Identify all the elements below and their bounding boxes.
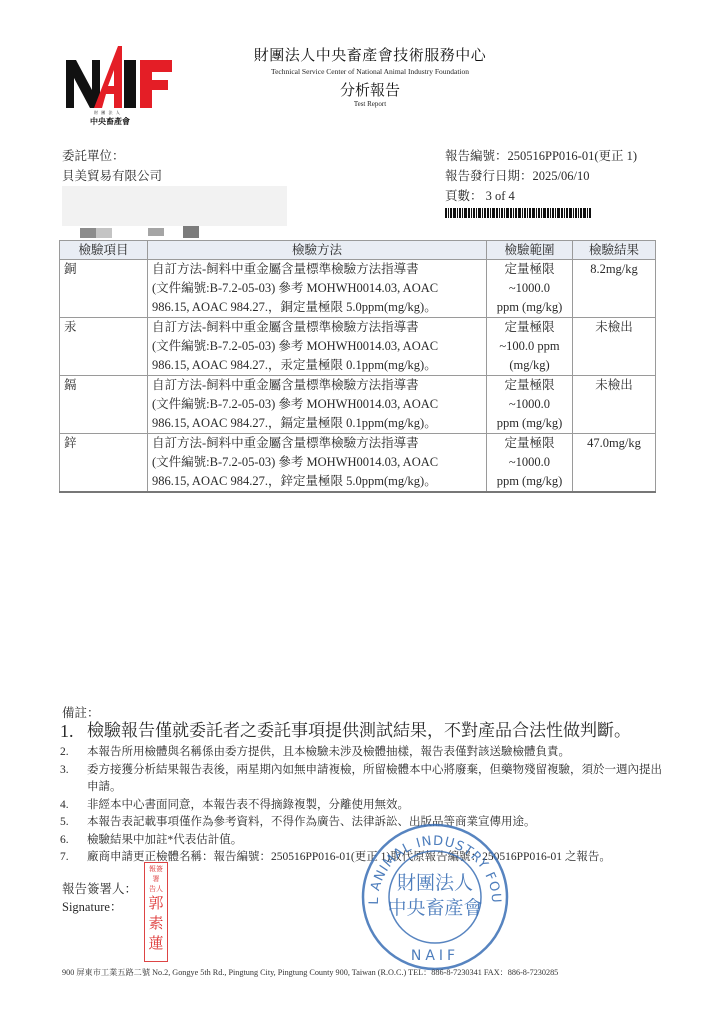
note-number: 4. bbox=[60, 797, 87, 815]
method-line: 986.15, AOAC 984.27.，鋅定量極限 5.0ppm(mg/kg)… bbox=[152, 472, 482, 491]
note-number: 2. bbox=[60, 744, 87, 762]
item-cell: 鋅 bbox=[60, 434, 148, 493]
method-line: (文件編號:B-7.2-05-03) 參考 MOHWH0014.03, AOAC bbox=[152, 453, 482, 472]
note-item: 3. 委方接獲分析結果報告表後，兩星期內如無申請複檢，所留檢體本中心將廢棄，但藥… bbox=[60, 762, 665, 797]
note-number: 6. bbox=[60, 832, 87, 850]
note-item: 2. 本報告所用檢體與名稱係由委方提供，且本檢驗未涉及檢體抽樣，報告表僅對該送驗… bbox=[60, 744, 665, 762]
item-cell: 鎘 bbox=[60, 376, 148, 434]
range-line: 定量極限 bbox=[491, 318, 568, 337]
range-line: (mg/kg) bbox=[491, 356, 568, 375]
redacted-block bbox=[80, 228, 96, 238]
note-text: 本報告所用檢體與名稱係由委方提供，且本檢驗未涉及檢體抽樣，報告表僅對該送驗檢體負… bbox=[87, 744, 570, 762]
item-cell: 汞 bbox=[60, 318, 148, 376]
header-method: 檢驗方法 bbox=[148, 241, 487, 260]
table-row: 汞 自訂方法-飼料中重金屬含量標準檢驗方法指導書 (文件編號:B-7.2-05-… bbox=[60, 318, 656, 376]
range-line: 定量極限 bbox=[491, 434, 568, 453]
range-cell: 定量極限 ~100.0 ppm (mg/kg) bbox=[487, 318, 573, 376]
table-row: 鋅 自訂方法-飼料中重金屬含量標準檢驗方法指導書 (文件編號:B-7.2-05-… bbox=[60, 434, 656, 493]
seal-small-text: 告人 bbox=[145, 885, 167, 893]
header-result: 檢驗結果 bbox=[573, 241, 656, 260]
header-item: 檢驗項目 bbox=[60, 241, 148, 260]
note-text: 檢驗報告僅就委託者之委託事項提供測試結果，不對產品合法性做判斷。 bbox=[87, 718, 631, 744]
range-line: ppm (mg/kg) bbox=[491, 414, 568, 433]
redacted-block bbox=[183, 226, 199, 238]
header-range: 檢驗範圍 bbox=[487, 241, 573, 260]
note-text: 委方接獲分析結果報告表後，兩星期內如無申請複檢，所留檢體本中心將廢棄，但藥物殘留… bbox=[87, 762, 665, 797]
redacted-block bbox=[148, 228, 164, 236]
issue-date: 報告發行日期：2025/06/10 bbox=[445, 166, 637, 186]
method-line: 986.15, AOAC 984.27.，鎘定量極限 0.1ppm(mg/kg)… bbox=[152, 414, 482, 433]
note-text: 非經本中心書面同意，本報告表不得摘錄複製，分離使用無效。 bbox=[87, 797, 409, 815]
redacted-area bbox=[62, 186, 287, 226]
method-line: 自訂方法-飼料中重金屬含量標準檢驗方法指導書 bbox=[152, 434, 482, 453]
report-meta: 報告編號：250516PP016-01(更正 1) 報告發行日期：2025/06… bbox=[445, 146, 637, 206]
official-stamp: NATIONAL ANIMAL INDUSTRY FOUNDATION 財團法人… bbox=[360, 822, 510, 972]
method-cell: 自訂方法-飼料中重金屬含量標準檢驗方法指導書 (文件編號:B-7.2-05-03… bbox=[148, 376, 487, 434]
client-name: 貝美貿易有限公司 bbox=[62, 166, 162, 186]
item-cell: 銅 bbox=[60, 260, 148, 318]
footer-address: 900 屏東市工業五路二號 No.2, Gongye 5th Rd., Ping… bbox=[62, 967, 662, 978]
redacted-block bbox=[96, 228, 112, 238]
seal-small-text: 署 bbox=[145, 875, 167, 883]
range-cell: 定量極限 ~1000.0 ppm (mg/kg) bbox=[487, 376, 573, 434]
seal-name-char: 郭 bbox=[145, 893, 167, 913]
org-name-zh: 財團法人中央畜產會技術服務中心 bbox=[200, 44, 540, 65]
report-title-en: Test Report bbox=[200, 100, 540, 108]
signer-label-zh: 報告簽署人： bbox=[62, 880, 137, 898]
stamp-icon: NATIONAL ANIMAL INDUSTRY FOUNDATION 財團法人… bbox=[360, 822, 510, 972]
report-title-zh: 分析報告 bbox=[200, 79, 540, 100]
note-item: 1. 檢驗報告僅就委託者之委託事項提供測試結果，不對產品合法性做判斷。 bbox=[60, 718, 665, 744]
method-cell: 自訂方法-飼料中重金屬含量標準檢驗方法指導書 (文件編號:B-7.2-05-03… bbox=[148, 318, 487, 376]
results-table: 檢驗項目 檢驗方法 檢驗範圍 檢驗結果 銅 自訂方法-飼料中重金屬含量標準檢驗方… bbox=[59, 240, 656, 493]
method-cell: 自訂方法-飼料中重金屬含量標準檢驗方法指導書 (文件編號:B-7.2-05-03… bbox=[148, 434, 487, 493]
signer-label-en: Signature： bbox=[62, 898, 137, 916]
range-line: ~1000.0 bbox=[491, 279, 568, 298]
range-line: 定量極限 bbox=[491, 260, 568, 279]
range-line: ~100.0 ppm bbox=[491, 337, 568, 356]
svg-text:NAIF: NAIF bbox=[411, 948, 459, 964]
client-label: 委託單位： bbox=[62, 146, 125, 166]
range-line: ppm (mg/kg) bbox=[491, 472, 568, 491]
logo-subtitle: 中央畜產會 bbox=[90, 116, 130, 127]
table-header-row: 檢驗項目 檢驗方法 檢驗範圍 檢驗結果 bbox=[60, 241, 656, 260]
result-cell: 47.0mg/kg bbox=[573, 434, 656, 493]
note-number: 5. bbox=[60, 814, 87, 832]
method-cell: 自訂方法-飼料中重金屬含量標準檢驗方法指導書 (文件編號:B-7.2-05-03… bbox=[148, 260, 487, 318]
seal-name-char: 蓮 bbox=[145, 933, 167, 953]
method-line: (文件編號:B-7.2-05-03) 參考 MOHWH0014.03, AOAC bbox=[152, 395, 482, 414]
table-row: 銅 自訂方法-飼料中重金屬含量標準檢驗方法指導書 (文件編號:B-7.2-05-… bbox=[60, 260, 656, 318]
note-text: 檢驗結果中加註*代表估計值。 bbox=[87, 832, 242, 850]
signature-seal: 報簽 署 告人 郭 素 蓮 bbox=[144, 862, 168, 962]
note-number: 3. bbox=[60, 762, 87, 797]
org-name-en: Technical Service Center of National Ani… bbox=[200, 67, 540, 76]
seal-small-text: 報簽 bbox=[145, 865, 167, 873]
method-line: (文件編號:B-7.2-05-03) 參考 MOHWH0014.03, AOAC bbox=[152, 279, 482, 298]
method-line: 986.15, AOAC 984.27.，汞定量極限 0.1ppm(mg/kg)… bbox=[152, 356, 482, 375]
method-line: 986.15, AOAC 984.27.，銅定量極限 5.0ppm(mg/kg)… bbox=[152, 298, 482, 317]
result-cell: 8.2mg/kg bbox=[573, 260, 656, 318]
method-line: 自訂方法-飼料中重金屬含量標準檢驗方法指導書 bbox=[152, 318, 482, 337]
method-line: 自訂方法-飼料中重金屬含量標準檢驗方法指導書 bbox=[152, 376, 482, 395]
signature-label: 報告簽署人： Signature： bbox=[62, 880, 137, 916]
seal-name-char: 素 bbox=[145, 913, 167, 933]
range-line: ~1000.0 bbox=[491, 395, 568, 414]
method-line: (文件編號:B-7.2-05-03) 參考 MOHWH0014.03, AOAC bbox=[152, 337, 482, 356]
range-line: 定量極限 bbox=[491, 376, 568, 395]
range-cell: 定量極限 ~1000.0 ppm (mg/kg) bbox=[487, 434, 573, 493]
table-row: 鎘 自訂方法-飼料中重金屬含量標準檢驗方法指導書 (文件編號:B-7.2-05-… bbox=[60, 376, 656, 434]
note-item: 4. 非經本中心書面同意，本報告表不得摘錄複製，分離使用無效。 bbox=[60, 797, 665, 815]
range-line: ppm (mg/kg) bbox=[491, 298, 568, 317]
method-line: 自訂方法-飼料中重金屬含量標準檢驗方法指導書 bbox=[152, 260, 482, 279]
svg-text:中央畜產會: 中央畜產會 bbox=[387, 897, 482, 919]
barcode-icon bbox=[445, 208, 656, 218]
report-number: 報告編號：250516PP016-01(更正 1) bbox=[445, 146, 637, 166]
naif-logo: 財 團 法 人 中央畜產會 bbox=[64, 44, 180, 128]
range-line: ~1000.0 bbox=[491, 453, 568, 472]
range-cell: 定量極限 ~1000.0 ppm (mg/kg) bbox=[487, 260, 573, 318]
svg-text:財團法人: 財團法人 bbox=[397, 872, 473, 894]
note-number: 1. bbox=[60, 718, 87, 744]
page-count: 頁數： 3 of 4 bbox=[445, 186, 637, 206]
note-number: 7. bbox=[60, 849, 87, 867]
result-cell: 未檢出 bbox=[573, 376, 656, 434]
result-cell: 未檢出 bbox=[573, 318, 656, 376]
